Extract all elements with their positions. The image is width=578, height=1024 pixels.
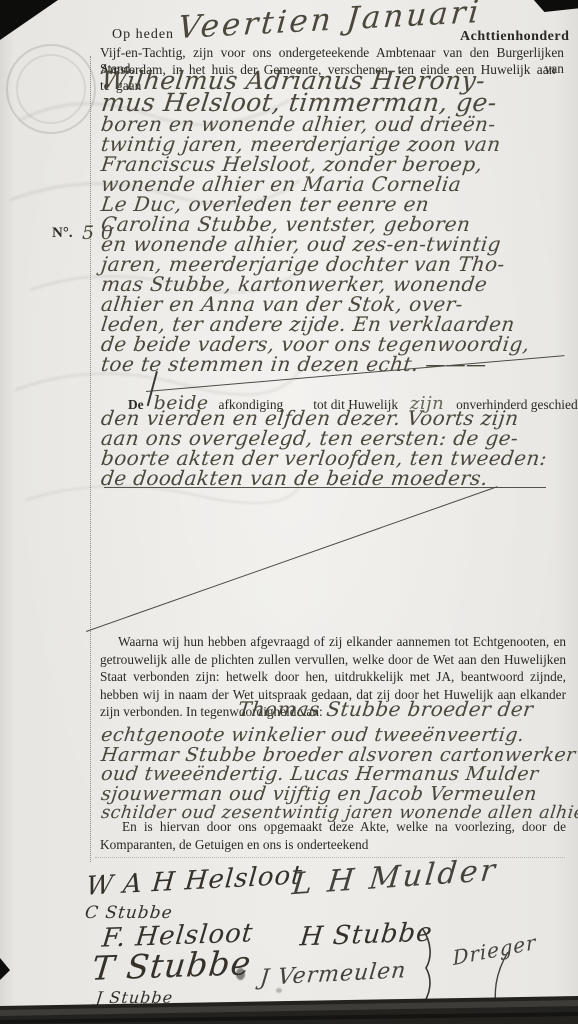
signature-official: L H Mulder	[290, 853, 499, 903]
printed-closing-paragraph: En is hiervan door ons opgemaakt deze Ak…	[100, 818, 566, 853]
handwritten-line: oud tweeëndertig. Lucas Hermanus Mulder	[100, 765, 578, 785]
signature-witness-vermeulen: J Vermeulen	[259, 958, 408, 991]
act-number-label: N°.	[52, 225, 73, 242]
handwritten-witnesses-block: echtgenoote winkelier oud tweeënveertig.…	[100, 726, 578, 824]
handwritten-line: twintig jaren, meerderjarige zoon van	[100, 134, 578, 154]
handwritten-line: Le Duc, overleden ter eenre en	[100, 194, 578, 214]
printed-op-heden: Op heden	[112, 27, 174, 43]
handwritten-line: mas Stubbe, kartonwerker, wonende	[100, 274, 578, 294]
handwritten-line: boorte akten der verloofden, ten tweeden…	[100, 448, 572, 468]
scan-corner-top-right	[530, 0, 578, 12]
margin-dotted-line	[90, 56, 91, 862]
handwritten-witness-first: Thomas Stubbe broeder der	[237, 697, 535, 721]
handwritten-line: boren en wonende alhier, oud drieën-	[100, 114, 578, 134]
handwritten-line: de beide vaders, voor ons tegenwoordig,	[100, 334, 578, 354]
handwritten-line: Carolina Stubbe, ventster, geboren	[100, 214, 578, 234]
handwritten-line: jaren, meerderjarige dochter van Tho-	[100, 254, 578, 274]
handwritten-line: aan ons overgelegd, ten eersten: de ge-	[100, 428, 572, 448]
handwritten-line: wonende alhier en Maria Cornelia	[100, 174, 578, 194]
handwritten-line: en wonende alhier, oud zes-en-twintig	[100, 234, 578, 254]
marriage-certificate-scan: N°. 5 0 Op heden Veertien Januari Achtti…	[0, 0, 578, 1024]
handwritten-line: mus Helsloot, timmerman, ge-	[100, 92, 578, 114]
handwritten-line: de doodakten van de beide moeders.	[100, 468, 572, 488]
signature-father-bride: T Stubbe	[90, 943, 253, 988]
signature-groom: W A H Helsloot	[85, 860, 304, 902]
ink-smudge	[276, 988, 282, 993]
ink-smudge	[236, 968, 245, 980]
signature-witness-h-stubbe: H Stubbe	[298, 918, 434, 953]
scan-corner-bottom-left	[0, 958, 10, 980]
handwritten-line: alhier en Anna van der Stok, over-	[100, 294, 578, 314]
announcement-underline	[104, 487, 546, 488]
handwritten-announcement-block: den vierden en elfden dezer. Voorts zijn…	[100, 408, 570, 488]
handwritten-line: leden, ter andere zijde. En verklaarden	[100, 314, 578, 334]
handwritten-parties-block: Wilhelmus Adrianus Hierony- mus Helsloot…	[100, 70, 578, 374]
handwritten-line: sjouwerman oud vijftig en Jacob Vermeule…	[100, 785, 578, 805]
printed-year: Achttienhonderd	[460, 29, 569, 45]
handwritten-line: den vierden en elfden dezer. Voorts zijn	[100, 408, 572, 428]
scan-corner-top-left	[0, 0, 58, 40]
handwritten-date: Veertien Januari	[177, 0, 483, 46]
scan-bottom-edge	[0, 994, 578, 1024]
handwritten-line: toe te stemmen in dezen echt. ———	[100, 354, 578, 374]
handwritten-line: echtgenoote winkelier oud tweeënveertig.	[100, 726, 578, 746]
handwritten-line: Franciscus Helsloot, zonder beroep,	[100, 154, 578, 174]
signature-bride: C Stubbe	[84, 903, 174, 923]
